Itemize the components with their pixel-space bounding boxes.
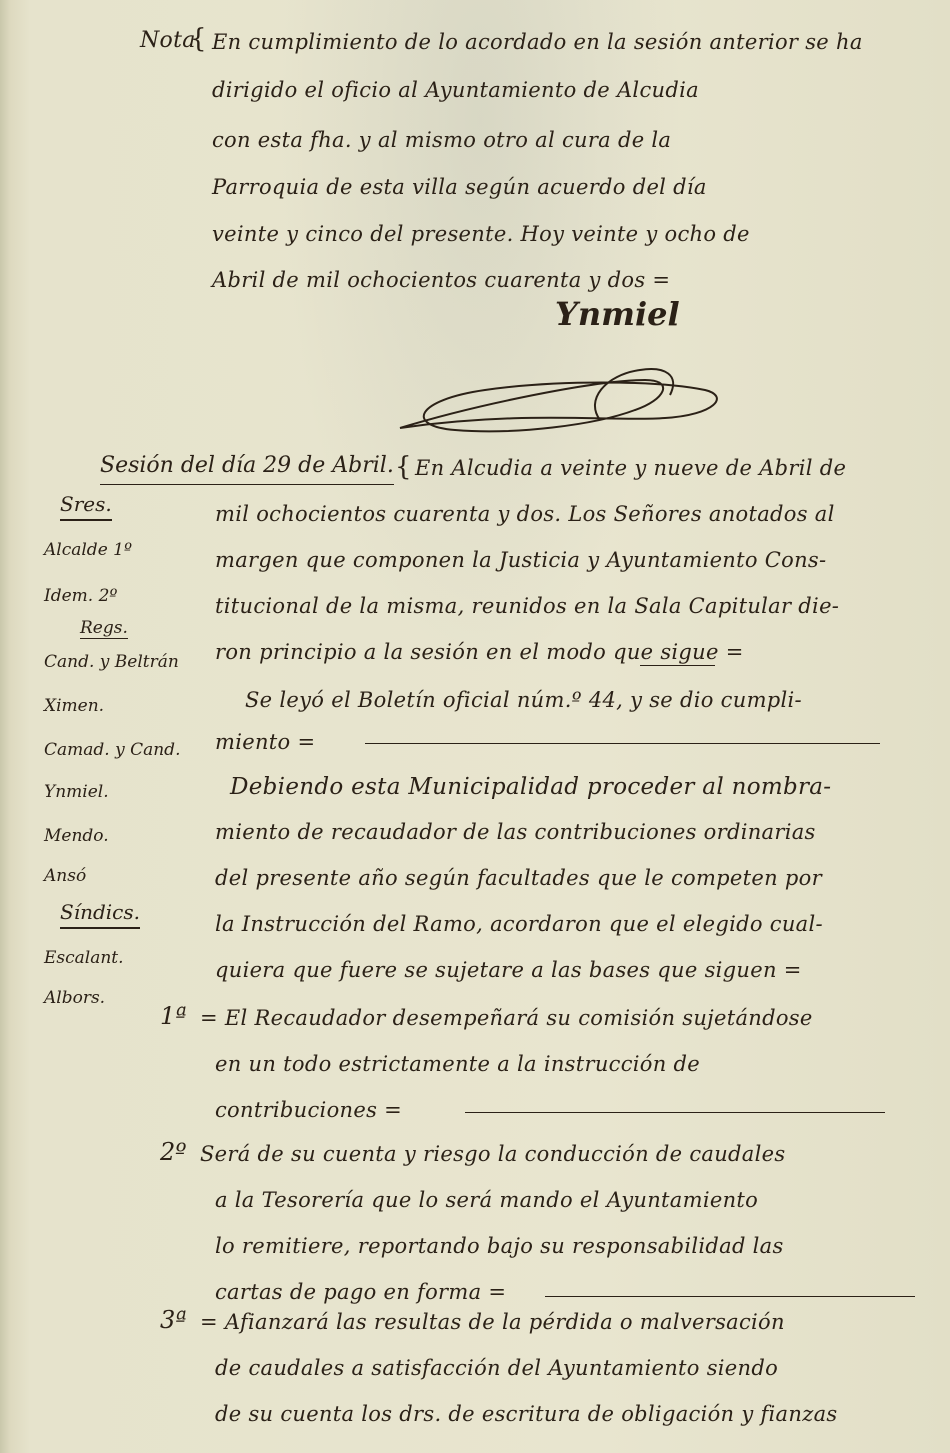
margin-member: Albors. bbox=[44, 988, 105, 1008]
condition-3-line-2: de caudales a satisfacción del Ayuntamie… bbox=[215, 1356, 778, 1380]
line-filler bbox=[545, 1296, 915, 1297]
condition-1-line-3: contribuciones = bbox=[215, 1098, 402, 1122]
condition-1-line-2: en un todo estrictamente a la instrucció… bbox=[215, 1052, 700, 1076]
line-filler bbox=[365, 743, 880, 744]
bulletin-line-2: miento = bbox=[215, 730, 315, 754]
margin-member: Ansó bbox=[44, 866, 86, 886]
intro-line-1: En Alcudia a veinte y nueve de Abril de bbox=[415, 456, 846, 480]
margin-member: Camad. y Cand. bbox=[44, 740, 180, 760]
margin-member: Ximen. bbox=[44, 696, 104, 716]
signature: Ynmiel bbox=[555, 295, 680, 333]
collector-line-3: del presente año según facultades que le… bbox=[215, 866, 822, 890]
session-brace: { bbox=[395, 452, 412, 482]
collector-line-2: miento de recaudador de las contribucion… bbox=[215, 820, 816, 844]
line-filler bbox=[640, 665, 715, 666]
condition-1-line-1: = El Recaudador desempeñará su comisión … bbox=[200, 1006, 813, 1030]
note-line-1: En cumplimiento de lo acordado en la ses… bbox=[212, 30, 863, 54]
condition-2-line-3: lo remitiere, reportando bajo su respons… bbox=[215, 1234, 784, 1258]
margin-member: Ynmiel. bbox=[44, 782, 109, 802]
condition-3-line-1: = Afianzará las resultas de la pérdida o… bbox=[200, 1310, 785, 1334]
intro-line-2: mil ochocientos cuarenta y dos. Los Seño… bbox=[215, 502, 835, 526]
note-line-6: Abril de mil ochocientos cuarenta y dos … bbox=[212, 268, 670, 292]
intro-line-5: ron principio a la sesión en el modo que… bbox=[215, 640, 744, 664]
note-brace: { bbox=[190, 24, 207, 54]
margin-member: Mendo. bbox=[44, 826, 109, 846]
margin-member: Idem. 2º bbox=[44, 586, 117, 606]
condition-3-number: 3ª bbox=[160, 1306, 187, 1334]
margin-member: Alcalde 1º bbox=[44, 540, 132, 560]
condition-2-line-4: cartas de pago en forma = bbox=[215, 1280, 506, 1304]
margin-member-regidores: Regs. bbox=[80, 618, 128, 639]
condition-1-number: 1ª bbox=[160, 1002, 187, 1030]
note-label: Nota bbox=[140, 28, 196, 53]
intro-line-4: titucional de la misma, reunidos en la S… bbox=[215, 594, 839, 618]
intro-line-3: margen que componen la Justicia y Ayunta… bbox=[215, 548, 826, 572]
signature-rubric-icon bbox=[395, 340, 735, 450]
note-line-4: Parroquia de esta villa según acuerdo de… bbox=[212, 175, 707, 199]
margin-heading-senores: Sres. bbox=[60, 492, 112, 521]
collector-line-4: la Instrucción del Ramo, acordaron que e… bbox=[215, 912, 823, 936]
note-line-3: con esta fha. y al mismo otro al cura de… bbox=[212, 128, 671, 152]
margin-heading-sindicos: Síndics. bbox=[60, 900, 140, 929]
margin-member: Escalant. bbox=[44, 948, 124, 968]
manuscript-page: Nota { En cumplimiento de lo acordado en… bbox=[0, 0, 950, 1453]
condition-2-line-2: a la Tesorería que lo será mando el Ayun… bbox=[215, 1188, 758, 1212]
bulletin-line-1: Se leyó el Boletín oficial núm.º 44, y s… bbox=[245, 688, 802, 712]
note-line-2: dirigido el oficio al Ayuntamiento de Al… bbox=[212, 78, 699, 102]
condition-2-number: 2º bbox=[160, 1138, 187, 1166]
collector-line-5: quiera que fuere se sujetare a las bases… bbox=[215, 958, 802, 982]
condition-3-line-3: de su cuenta los drs. de escritura de ob… bbox=[215, 1402, 837, 1426]
session-heading: Sesión del día 29 de Abril. bbox=[100, 453, 394, 485]
note-line-5: veinte y cinco del presente. Hoy veinte … bbox=[212, 222, 750, 246]
collector-line-1: Debiendo esta Municipalidad proceder al … bbox=[230, 774, 831, 800]
line-filler bbox=[465, 1112, 885, 1113]
margin-member: Cand. y Beltrán bbox=[44, 652, 179, 672]
condition-2-line-1: Será de su cuenta y riesgo la conducción… bbox=[200, 1142, 785, 1166]
